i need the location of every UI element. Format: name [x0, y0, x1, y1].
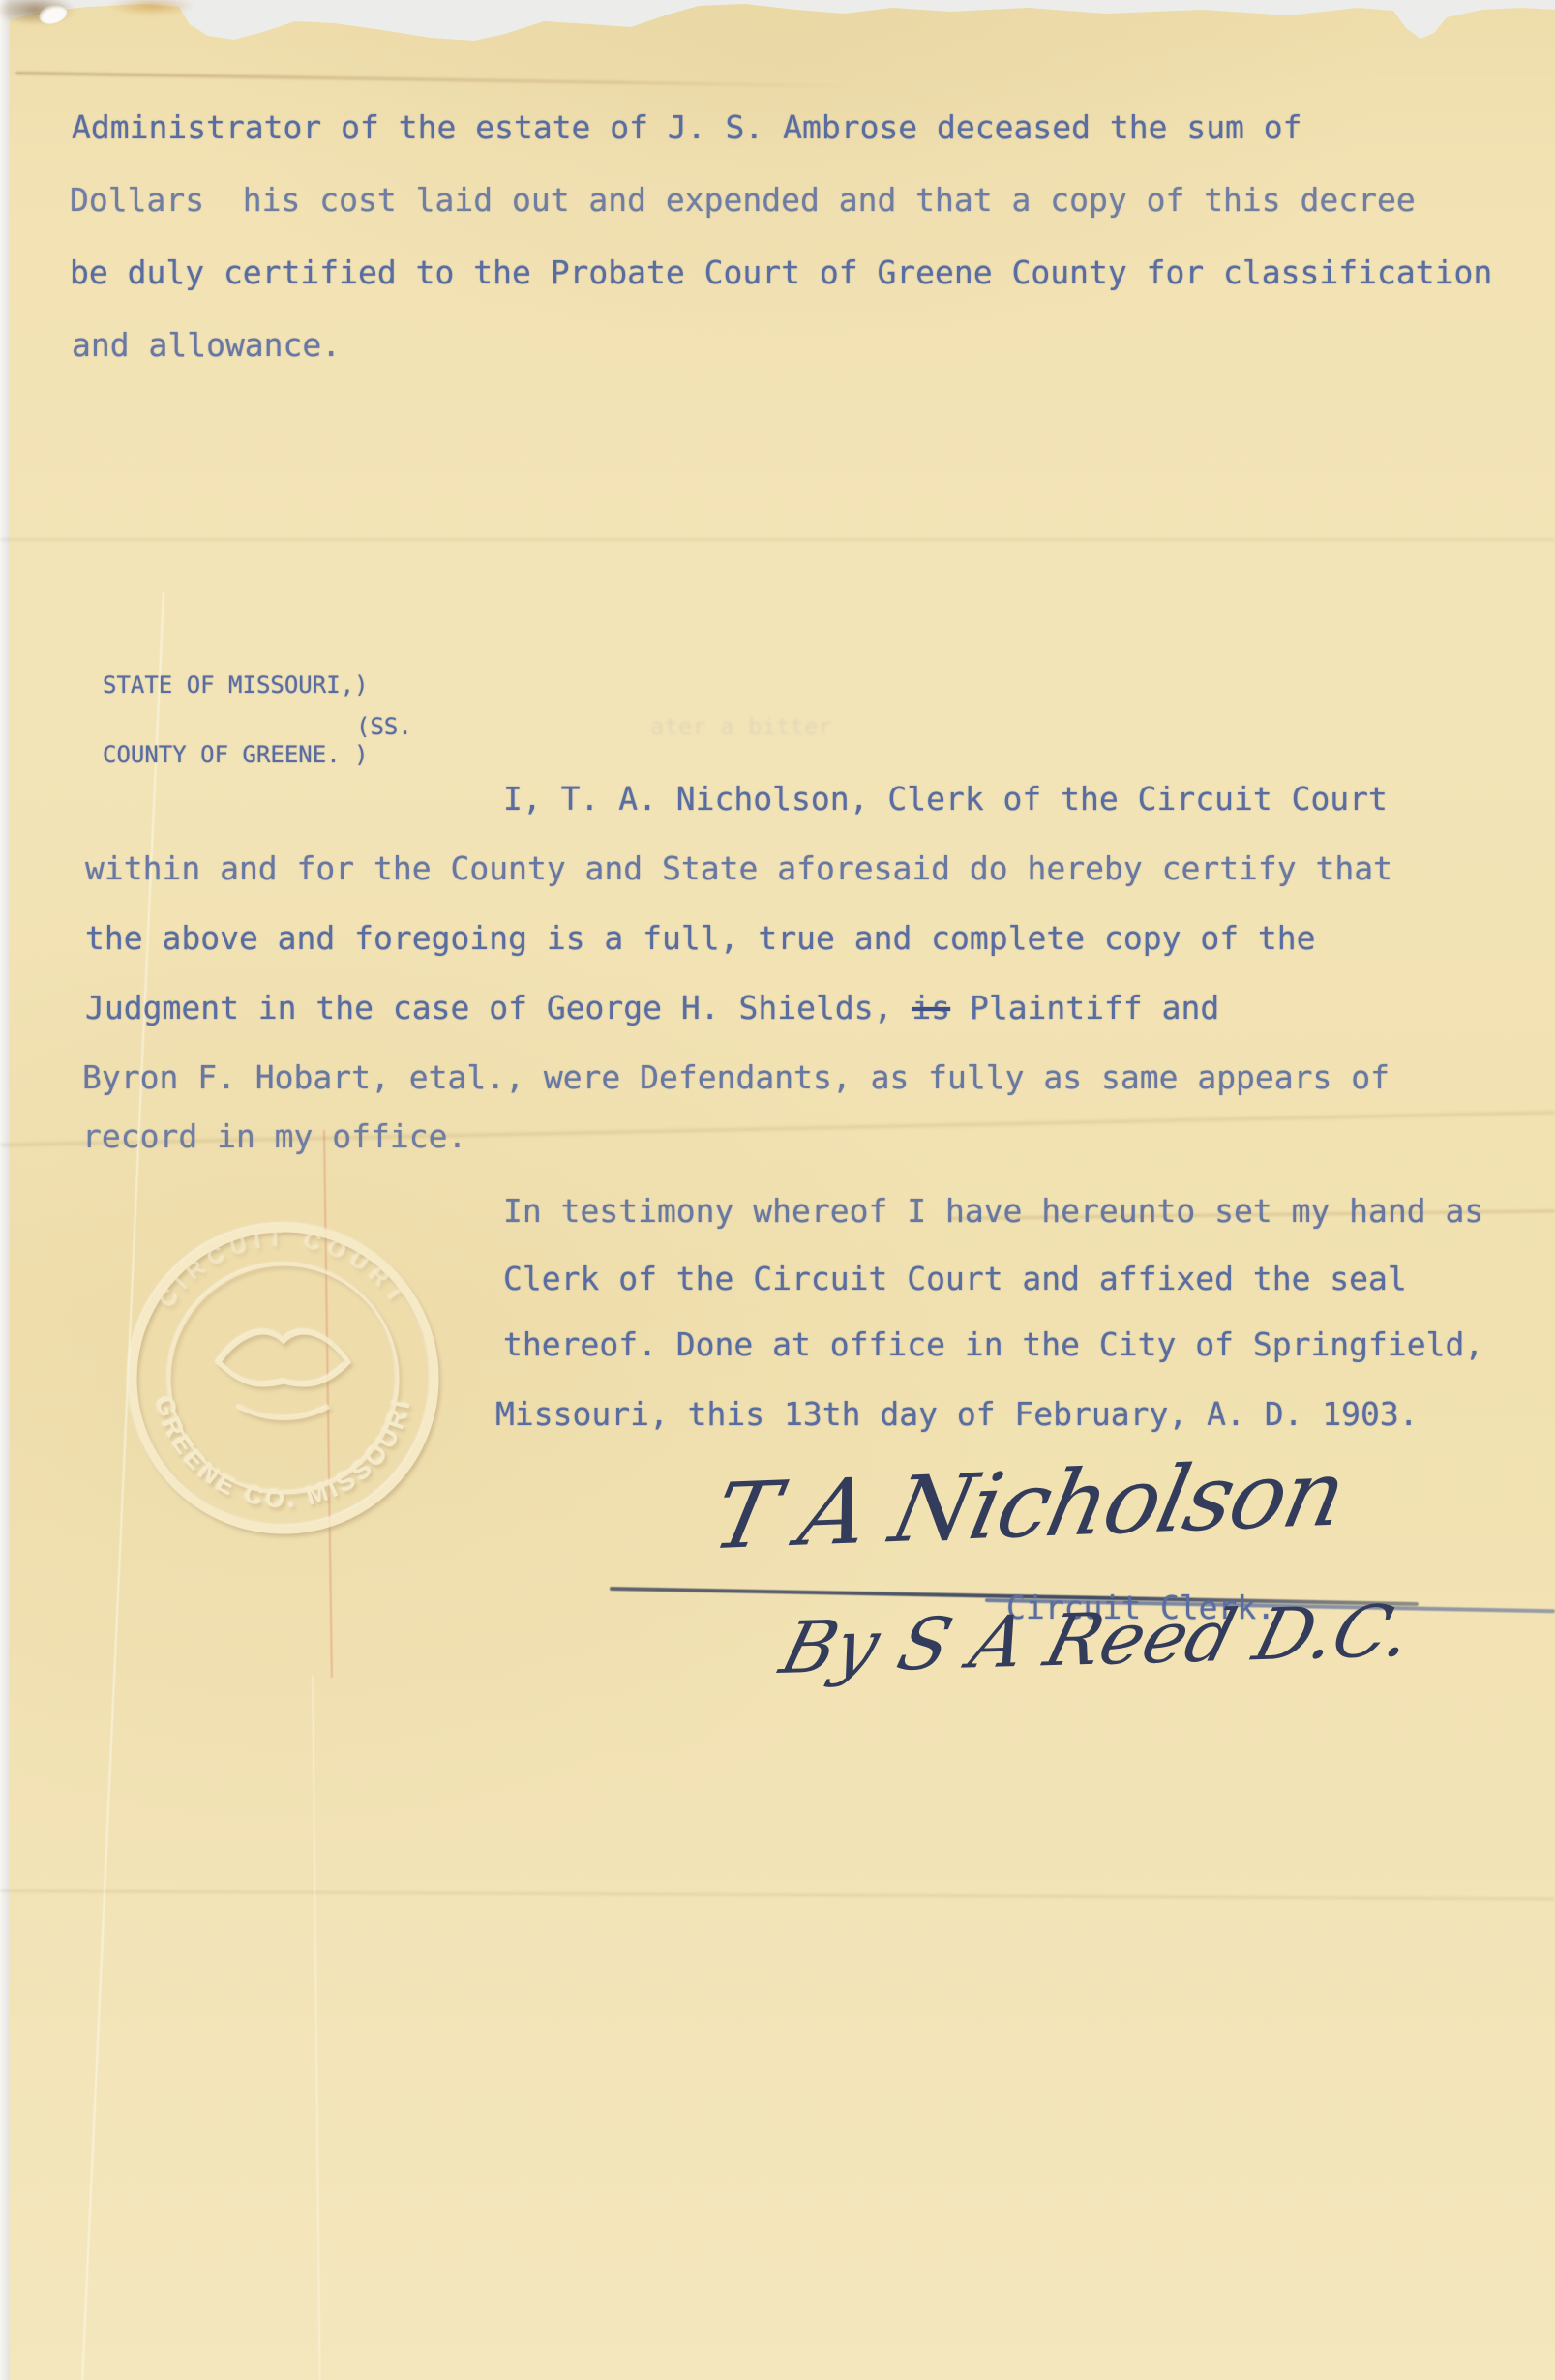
testimony-line: In testimony whereof I have hereunto set…	[503, 1192, 1483, 1230]
embossed-seal: CIRCUIT COURT GREENE CO. MISSOURI	[122, 1217, 445, 1540]
seal-crest-banner	[238, 1407, 329, 1418]
typed-line: Administrator of the estate of J. S. Amb…	[72, 108, 1302, 146]
struck-word: is	[912, 989, 950, 1026]
seal-crest-shape	[219, 1332, 348, 1384]
scanned-document-page: { "doc": { "p1": [ "Administrator of the…	[0, 0, 1555, 2380]
judgment-text-after: Plaintiff and	[970, 989, 1219, 1026]
typed-line: Byron F. Hobart, etal., were Defendants,…	[82, 1058, 1390, 1096]
typed-line: and allowance.	[72, 326, 341, 364]
judgment-text-before: Judgment in the case of George H. Shield…	[85, 989, 892, 1026]
typed-line: Dollars his cost laid out and expended a…	[70, 181, 1416, 219]
judgment-line: Judgment in the case of George H. Shield…	[85, 989, 1219, 1026]
certification-intro-line: I, T. A. Nicholson, Clerk of the Circuit…	[503, 780, 1388, 818]
typed-line: the above and foregoing is a full, true …	[85, 919, 1316, 957]
jurat-state-line: STATE OF MISSOURI,)	[103, 671, 369, 699]
testimony-line: thereof. Done at office in the City of S…	[503, 1325, 1483, 1363]
ghost-offset-text: ater a bitter	[650, 713, 832, 740]
testimony-line: Clerk of the Circuit Court and affixed t…	[503, 1260, 1407, 1297]
typed-line: within and for the County and State afor…	[85, 849, 1392, 887]
jurat-ss-line: (SS.	[356, 713, 412, 740]
jurat-county-line: COUNTY OF GREENE. )	[103, 741, 369, 768]
testimony-line: Missouri, this 13th day of February, A. …	[495, 1395, 1419, 1433]
typed-line: record in my office.	[82, 1117, 466, 1155]
typed-line: be duly certified to the Probate Court o…	[70, 253, 1492, 291]
seal-top-text: CIRCUIT COURT	[154, 1226, 414, 1313]
